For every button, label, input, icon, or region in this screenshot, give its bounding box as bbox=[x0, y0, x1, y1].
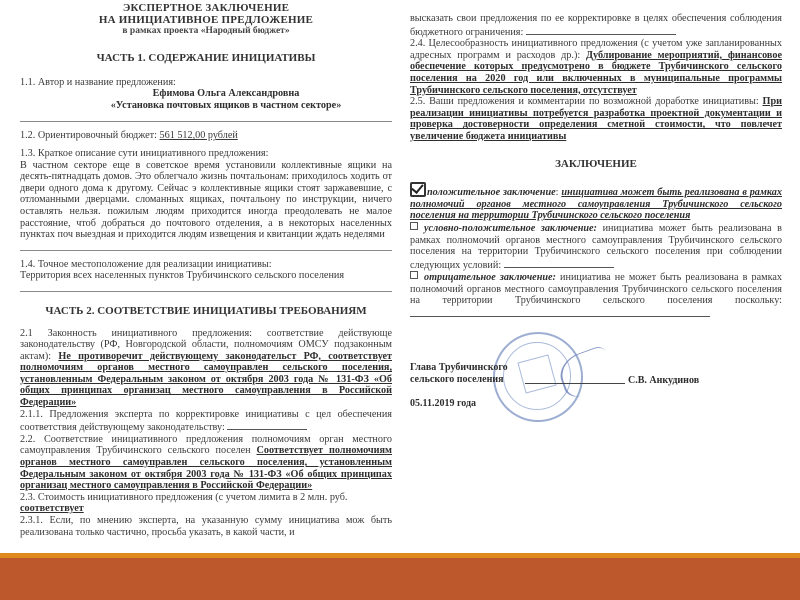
signature-date: 05.11.2019 года bbox=[410, 398, 476, 409]
item-2-5: 2.5. Ваши предложения и комментарии по в… bbox=[410, 96, 782, 142]
option-label: условно-положительное заключение: bbox=[424, 223, 597, 234]
divider bbox=[20, 121, 392, 122]
item-1-4-label: 1.4. Точное местоположение для реализаци… bbox=[20, 259, 392, 271]
checkbox-checked-icon[interactable] bbox=[410, 182, 426, 197]
item-2-1-answer: Не противоречит действующему законодател… bbox=[20, 351, 392, 408]
blank-field bbox=[526, 25, 676, 35]
signatory-name: С.В. Анкудинов bbox=[628, 375, 699, 386]
item-1-2: 1.2. Ориентировочный бюджет: 561 512,00 … bbox=[20, 130, 392, 142]
document-right-column: высказать свои предложения по ее коррект… bbox=[410, 13, 782, 321]
document-title-line1: ЭКСПЕРТНОЕ ЗАКЛЮЧЕНИЕ bbox=[20, 2, 392, 14]
item-2-1: 2.1 Законность инициативного предложения… bbox=[20, 328, 392, 409]
item-2-3-1-continued: высказать свои предложения по ее коррект… bbox=[410, 13, 782, 38]
item-2-1-1: 2.1.1. Предложения эксперта по корректир… bbox=[20, 409, 392, 434]
budget-value: 561 512,00 рублей bbox=[160, 130, 238, 141]
item-2-3-answer: соответствует bbox=[20, 503, 392, 515]
option-label: отрицательное заключение: bbox=[424, 272, 556, 283]
conclusion-heading: ЗАКЛЮЧЕНИЕ bbox=[410, 159, 782, 171]
item-1-1-label: 1.1. Автор и название предложения: bbox=[20, 77, 392, 89]
checkbox-empty-icon[interactable] bbox=[410, 222, 418, 230]
part2-heading: ЧАСТЬ 2. СООТВЕТСТВИЕ ИНИЦИАТИВЫ ТРЕБОВА… bbox=[20, 306, 392, 318]
divider bbox=[20, 250, 392, 251]
signatory-position: Глава Трубичинского сельского поселения bbox=[410, 362, 508, 386]
location-value: Территория всех населенных пунктов Труби… bbox=[20, 270, 392, 282]
option-label: положительное заключение bbox=[427, 187, 556, 198]
item-2-3-1-text: 2.3.1. Если, по мнению эксперта, на указ… bbox=[20, 515, 392, 538]
item-1-2-label: 1.2. Ориентировочный бюджет: bbox=[20, 130, 160, 141]
initiative-description: В частном секторе еще в советское время … bbox=[20, 160, 392, 241]
document-subtitle: в рамках проекта «Народный бюджет» bbox=[20, 26, 392, 37]
item-2-4: 2.4. Целесообразность инициативного пред… bbox=[410, 38, 782, 96]
blank-field bbox=[410, 307, 710, 317]
checkbox-empty-icon[interactable] bbox=[410, 271, 418, 279]
footer-band bbox=[0, 558, 800, 600]
item-2-3-text: 2.3. Стоимость инициативного предложения… bbox=[20, 492, 392, 504]
blank-field bbox=[227, 420, 307, 430]
initiative-name: «Установка почтовых ящиков в частном сек… bbox=[20, 100, 392, 112]
item-2-1-1-text: 2.1.1. Предложения эксперта по корректир… bbox=[20, 409, 392, 434]
conclusion-option-conditional: условно-положительное заключение: инициа… bbox=[410, 222, 782, 271]
document-title-line2: НА ИНИЦИАТИВНОЕ ПРЕДЛОЖЕНИЕ bbox=[20, 14, 392, 26]
part1-heading: ЧАСТЬ 1. СОДЕРЖАНИЕ ИНИЦИАТИВЫ bbox=[20, 53, 392, 65]
signature-line bbox=[525, 383, 625, 384]
item-2-5-text: 2.5. Ваши предложения и комментарии по в… bbox=[410, 96, 763, 107]
document-left-column: ЭКСПЕРТНОЕ ЗАКЛЮЧЕНИЕ НА ИНИЦИАТИВНОЕ ПР… bbox=[20, 0, 392, 538]
item-2-2: 2.2. Соответствие инициативного предложе… bbox=[20, 434, 392, 492]
signature-block: Глава Трубичинского сельского поселения … bbox=[410, 362, 790, 432]
item-2-3: 2.3. Стоимость инициативного предложения… bbox=[20, 492, 392, 515]
position-line1: Глава Трубичинского bbox=[410, 362, 508, 374]
item-1-3-label: 1.3. Краткое описание сути инициативного… bbox=[20, 148, 392, 160]
position-line2: сельского поселения bbox=[410, 374, 508, 386]
conclusion-option-negative: отрицательное заключение: инициатива не … bbox=[410, 271, 782, 320]
divider bbox=[20, 291, 392, 292]
blank-field bbox=[504, 258, 614, 268]
conclusion-option-positive: положительное заключение: инициатива мож… bbox=[410, 182, 782, 222]
author-name: Ефимова Ольга Александровна bbox=[20, 88, 392, 100]
